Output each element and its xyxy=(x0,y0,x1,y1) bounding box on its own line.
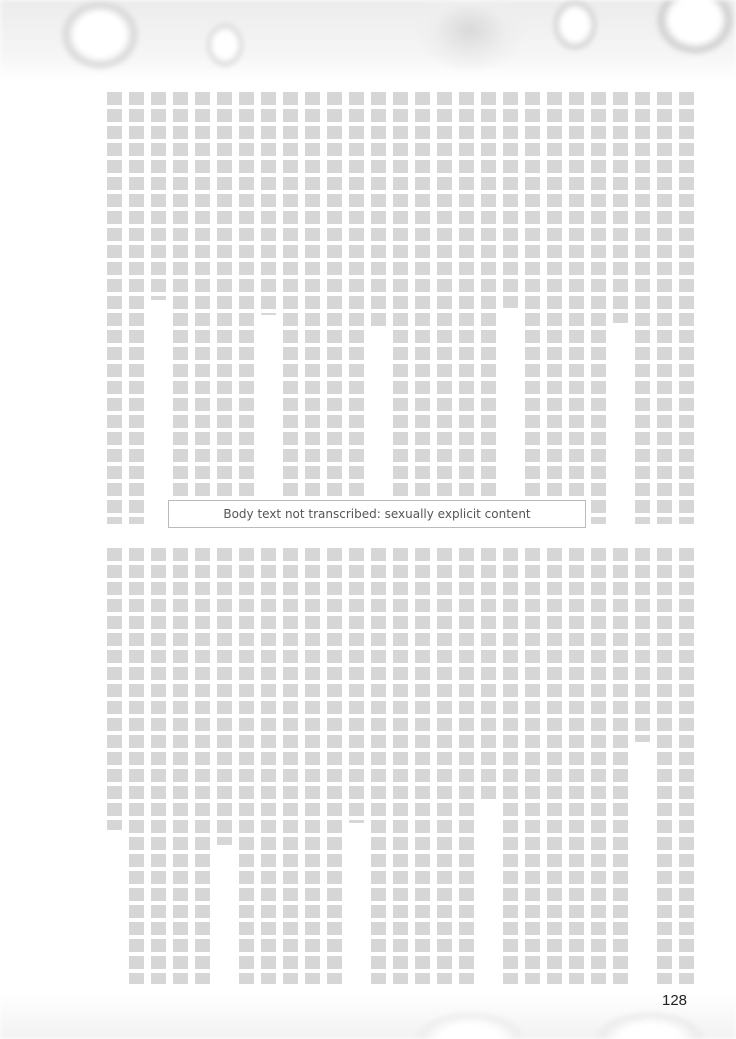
text-column-placeholder xyxy=(217,548,232,845)
text-column-placeholder xyxy=(239,92,254,524)
text-column-placeholder xyxy=(547,92,562,524)
text-column-placeholder xyxy=(503,92,518,308)
text-column-placeholder xyxy=(371,92,386,330)
text-column-placeholder xyxy=(679,92,694,524)
text-column-placeholder xyxy=(195,548,210,984)
text-column-placeholder xyxy=(349,548,364,823)
text-column-placeholder xyxy=(613,548,628,984)
decorative-footer-bokeh xyxy=(0,994,736,1039)
text-column-placeholder xyxy=(459,548,474,984)
text-column-placeholder xyxy=(217,92,232,524)
text-column-placeholder xyxy=(283,92,298,524)
text-column-placeholder xyxy=(393,548,408,984)
text-column-placeholder xyxy=(305,548,320,984)
text-column-placeholder xyxy=(195,92,210,524)
text-column-placeholder xyxy=(635,92,650,524)
text-column-placeholder xyxy=(261,92,276,315)
lower-text-block xyxy=(62,548,694,984)
text-column-placeholder xyxy=(283,548,298,984)
text-column-placeholder xyxy=(415,548,430,984)
text-column-placeholder xyxy=(503,548,518,984)
text-column-placeholder xyxy=(349,92,364,524)
content-omitted-notice: Body text not transcribed: sexually expl… xyxy=(168,500,586,528)
text-column-placeholder xyxy=(173,92,188,524)
text-column-placeholder xyxy=(327,92,342,524)
decorative-header-bokeh xyxy=(0,0,736,80)
text-column-placeholder xyxy=(129,92,144,524)
text-column-placeholder xyxy=(569,92,584,524)
text-column-placeholder xyxy=(569,548,584,984)
text-column-placeholder xyxy=(327,548,342,984)
text-column-placeholder xyxy=(261,548,276,984)
text-column-placeholder xyxy=(591,92,606,524)
text-column-placeholder xyxy=(305,92,320,524)
upper-text-block xyxy=(62,92,694,524)
page-number: 128 xyxy=(662,992,687,1009)
text-column-placeholder xyxy=(151,548,166,984)
text-column-placeholder xyxy=(129,548,144,984)
text-column-placeholder xyxy=(437,548,452,984)
text-column-placeholder xyxy=(525,548,540,984)
text-column-placeholder xyxy=(481,92,496,524)
text-column-placeholder xyxy=(107,548,122,830)
text-column-placeholder xyxy=(371,548,386,984)
text-column-placeholder xyxy=(547,548,562,984)
text-column-placeholder xyxy=(613,92,628,323)
text-column-placeholder xyxy=(481,548,496,801)
text-column-placeholder xyxy=(459,92,474,524)
text-column-placeholder xyxy=(393,92,408,524)
text-column-placeholder xyxy=(239,548,254,984)
text-column-placeholder xyxy=(635,548,650,742)
text-column-placeholder xyxy=(657,548,672,984)
text-column-placeholder xyxy=(679,548,694,984)
text-column-placeholder xyxy=(657,92,672,524)
text-column-placeholder xyxy=(437,92,452,524)
text-column-placeholder xyxy=(415,92,430,524)
text-column-placeholder xyxy=(525,92,540,524)
text-column-placeholder xyxy=(173,548,188,984)
text-column-placeholder xyxy=(591,548,606,984)
text-column-placeholder xyxy=(151,92,166,300)
text-column-placeholder xyxy=(107,92,122,524)
